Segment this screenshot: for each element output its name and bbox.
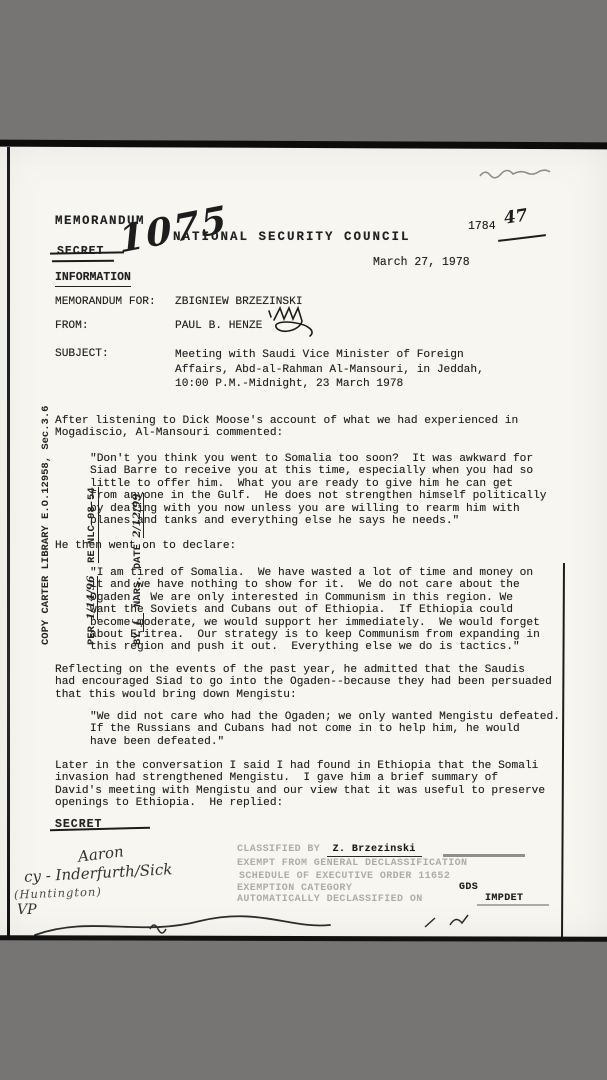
stamp-faded-line-2: SCHEDULE OF EXECUTIVE ORDER 11652 <box>239 871 450 882</box>
document-number: 1784 <box>468 221 496 234</box>
nars-handwritten-date: 2/12/99 <box>131 493 144 537</box>
ink-smudge <box>477 904 549 906</box>
stamp-faded-line-1: EXEMPT FROM GENERAL DECLASSIFICATION <box>237 858 467 869</box>
classified-by-label: CLASSIFIED BY <box>237 844 320 855</box>
paragraph-reflecting: Reflecting on the events of the past yea… <box>55 664 552 701</box>
handwritten-page-number: 47 <box>503 205 530 228</box>
subject-value: Meeting with Saudi Vice Minister of Fore… <box>175 348 484 392</box>
from-label: FROM: <box>55 320 89 333</box>
memo-date: March 27, 1978 <box>373 257 470 270</box>
gds-code: GDS <box>459 882 478 893</box>
underline-line <box>52 260 114 263</box>
by-label: BY <box>132 632 144 645</box>
classification-stamp: CLASSIFIED BY Z. Brzezinski EXEMPT FROM … <box>237 844 537 906</box>
memo-for-label: MEMORANDUM FOR: <box>55 296 156 309</box>
margin-stamp-line-2: PER 1/14/96 RE NLC-98-54 <box>84 395 100 645</box>
classified-by-value: Z. Brzezinski <box>327 844 422 857</box>
handwritten-registry-number: 1075 <box>117 196 230 261</box>
nars-date-label: NARS. DATE <box>132 544 144 607</box>
subject-label: SUBJECT: <box>55 348 109 361</box>
scanned-memo-screenshot: 1784 47 MEMORANDUM 1075 NATIONAL SECURIT… <box>0 0 607 1080</box>
handwritten-note-copies: cy - Inderfurth/Sick <box>24 860 173 886</box>
info-type-label: INFORMATION <box>55 272 131 287</box>
handwritten-note-huntington: (Huntington) <box>14 884 102 901</box>
scan-background-bottom <box>0 941 607 1080</box>
declassification-margin-stamp: COPY CARTER LIBRARY E.O.12958, Sec.3.6 P… <box>9 395 55 645</box>
stamp-faded-line-3: EXEMPTION CATEGORY <box>237 883 352 894</box>
memo-page: 1784 47 MEMORANDUM 1075 NATIONAL SECURIT… <box>0 145 607 940</box>
per-handwritten-date: 1/14/96 <box>85 576 98 620</box>
paragraph-later-conversation: Later in the conversation I said I had f… <box>55 760 545 810</box>
impdet-code: IMPDET <box>485 893 523 904</box>
scan-background-top <box>0 0 607 145</box>
henze-signature-squiggle <box>266 305 318 339</box>
quote-ogaden: "We did not care who had the Ogaden; we … <box>90 711 560 748</box>
per-label: PER <box>86 626 98 645</box>
page-right-fold-line <box>561 563 565 938</box>
margin-stamp-line-1: COPY CARTER LIBRARY E.O.12958, Sec.3.6 <box>39 395 54 645</box>
margin-stamp-line-3: BY ʄ NARS. DATE 2/12/99 <box>130 395 146 645</box>
handwritten-underline <box>498 234 546 242</box>
pencil-scribble <box>478 165 554 181</box>
from-value: PAUL B. HENZE <box>175 320 262 333</box>
pen-sweep-scribble <box>30 907 560 939</box>
org-title: NATIONAL SECURITY COUNCIL <box>173 231 411 244</box>
ink-smudge <box>443 854 525 857</box>
re-reference: RE NLC-98-54 <box>86 487 99 563</box>
stamp-faded-line-4: AUTOMATICALLY DECLASSIFIED ON <box>237 894 423 905</box>
classified-by-row: CLASSIFIED BY Z. Brzezinski <box>237 844 422 855</box>
archivist-initials: ʄ <box>131 613 144 632</box>
